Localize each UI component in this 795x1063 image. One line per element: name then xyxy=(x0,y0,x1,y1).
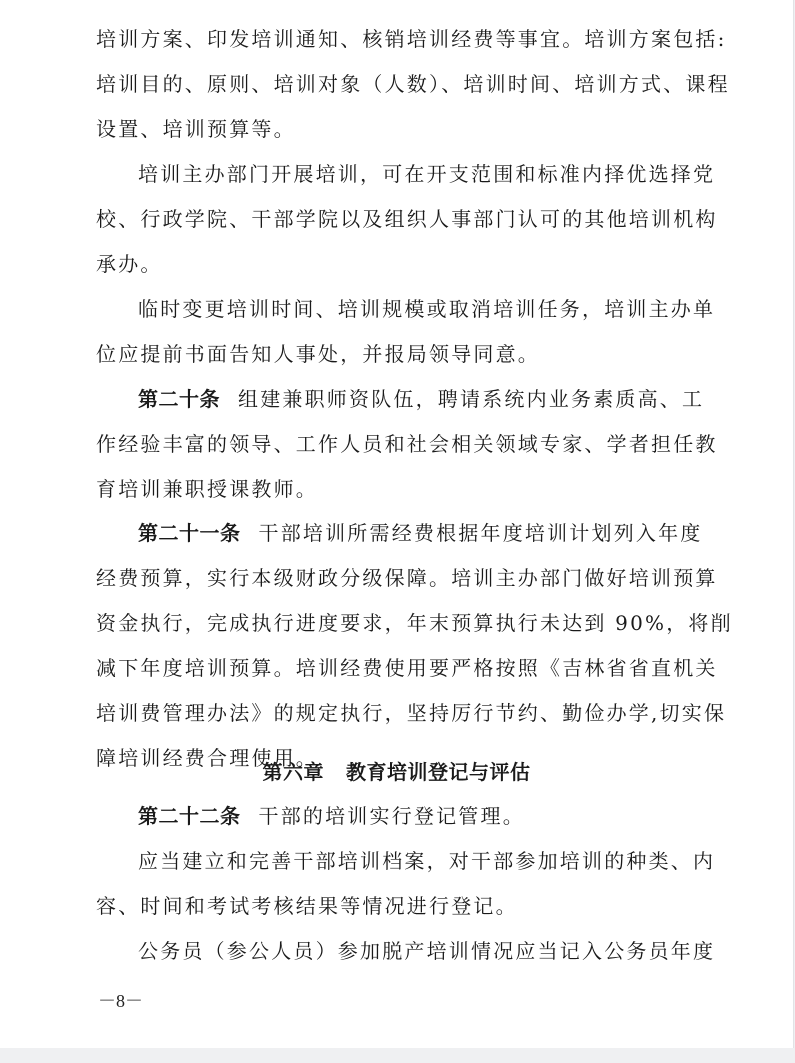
article-number: 第二十条 xyxy=(138,387,220,411)
text-line: 应当建立和完善干部培训档案，对干部参加培训的种类、内 xyxy=(138,849,702,873)
text-line: 校、行政学院、干部学院以及组织人事部门认可的其他培训机构 xyxy=(96,207,702,231)
document-page: 培训方案、印发培训通知、核销培训经费等事宜。培训方案包括: 培训目的、原则、培训… xyxy=(0,0,794,1048)
text-line: 承办。 xyxy=(96,252,702,276)
article-20-line: 第二十条组建兼职师资队伍，聘请系统内业务素质高、工 xyxy=(138,387,702,411)
text-line: 资金执行，完成执行进度要求，年末预算执行未达到 90%，将削 xyxy=(96,611,702,635)
text-line: 公务员（参公人员）参加脱产培训情况应当记入公务员年度 xyxy=(138,939,702,963)
article-22-line: 第二十二条干部的培训实行登记管理。 xyxy=(138,804,702,828)
chapter-title: 教育培训登记与评估 xyxy=(346,760,531,784)
text-line: 位应提前书面告知人事处，并报局领导同意。 xyxy=(96,342,702,366)
text-line: 减下年度培训预算。培训经费使用要严格按照《吉林省省直机关 xyxy=(96,656,702,680)
text-line: 培训方案、印发培训通知、核销培训经费等事宜。培训方案包括: xyxy=(96,27,702,51)
page-number: －8－ xyxy=(98,990,143,1012)
article-21-line: 第二十一条干部培训所需经费根据年度培训计划列入年度 xyxy=(138,521,702,545)
chapter-number: 第六章 xyxy=(263,760,325,784)
text-line: 经费预算，实行本级财政分级保障。培训主办部门做好培训预算 xyxy=(96,566,702,590)
chapter-heading: 第六章教育培训登记与评估 xyxy=(0,760,793,784)
text-line: 培训目的、原则、培训对象（人数）、培训时间、培训方式、课程 xyxy=(96,72,702,96)
article-number: 第二十二条 xyxy=(138,804,241,828)
text-line: 作经验丰富的领导、工作人员和社会相关领域专家、学者担任教 xyxy=(96,432,702,456)
text-span: 干部培训所需经费根据年度培训计划列入年度 xyxy=(259,521,703,545)
text-line: 设置、培训预算等。 xyxy=(96,117,702,141)
text-line: 临时变更培训时间、培训规模或取消培训任务，培训主办单 xyxy=(138,297,702,321)
text-line: 育培训兼职授课教师。 xyxy=(96,477,702,501)
text-line: 培训主办部门开展培训，可在开支范围和标准内择优选择党 xyxy=(138,162,702,186)
text-line: 培训费管理办法》的规定执行，坚持厉行节约、勤俭办学,切实保 xyxy=(96,701,702,725)
article-number: 第二十一条 xyxy=(138,521,241,545)
text-span: 干部的培训实行登记管理。 xyxy=(259,804,525,828)
text-span: 组建兼职师资队伍，聘请系统内业务素质高、工 xyxy=(238,387,704,411)
text-line: 容、时间和考试考核结果等情况进行登记。 xyxy=(96,894,702,918)
